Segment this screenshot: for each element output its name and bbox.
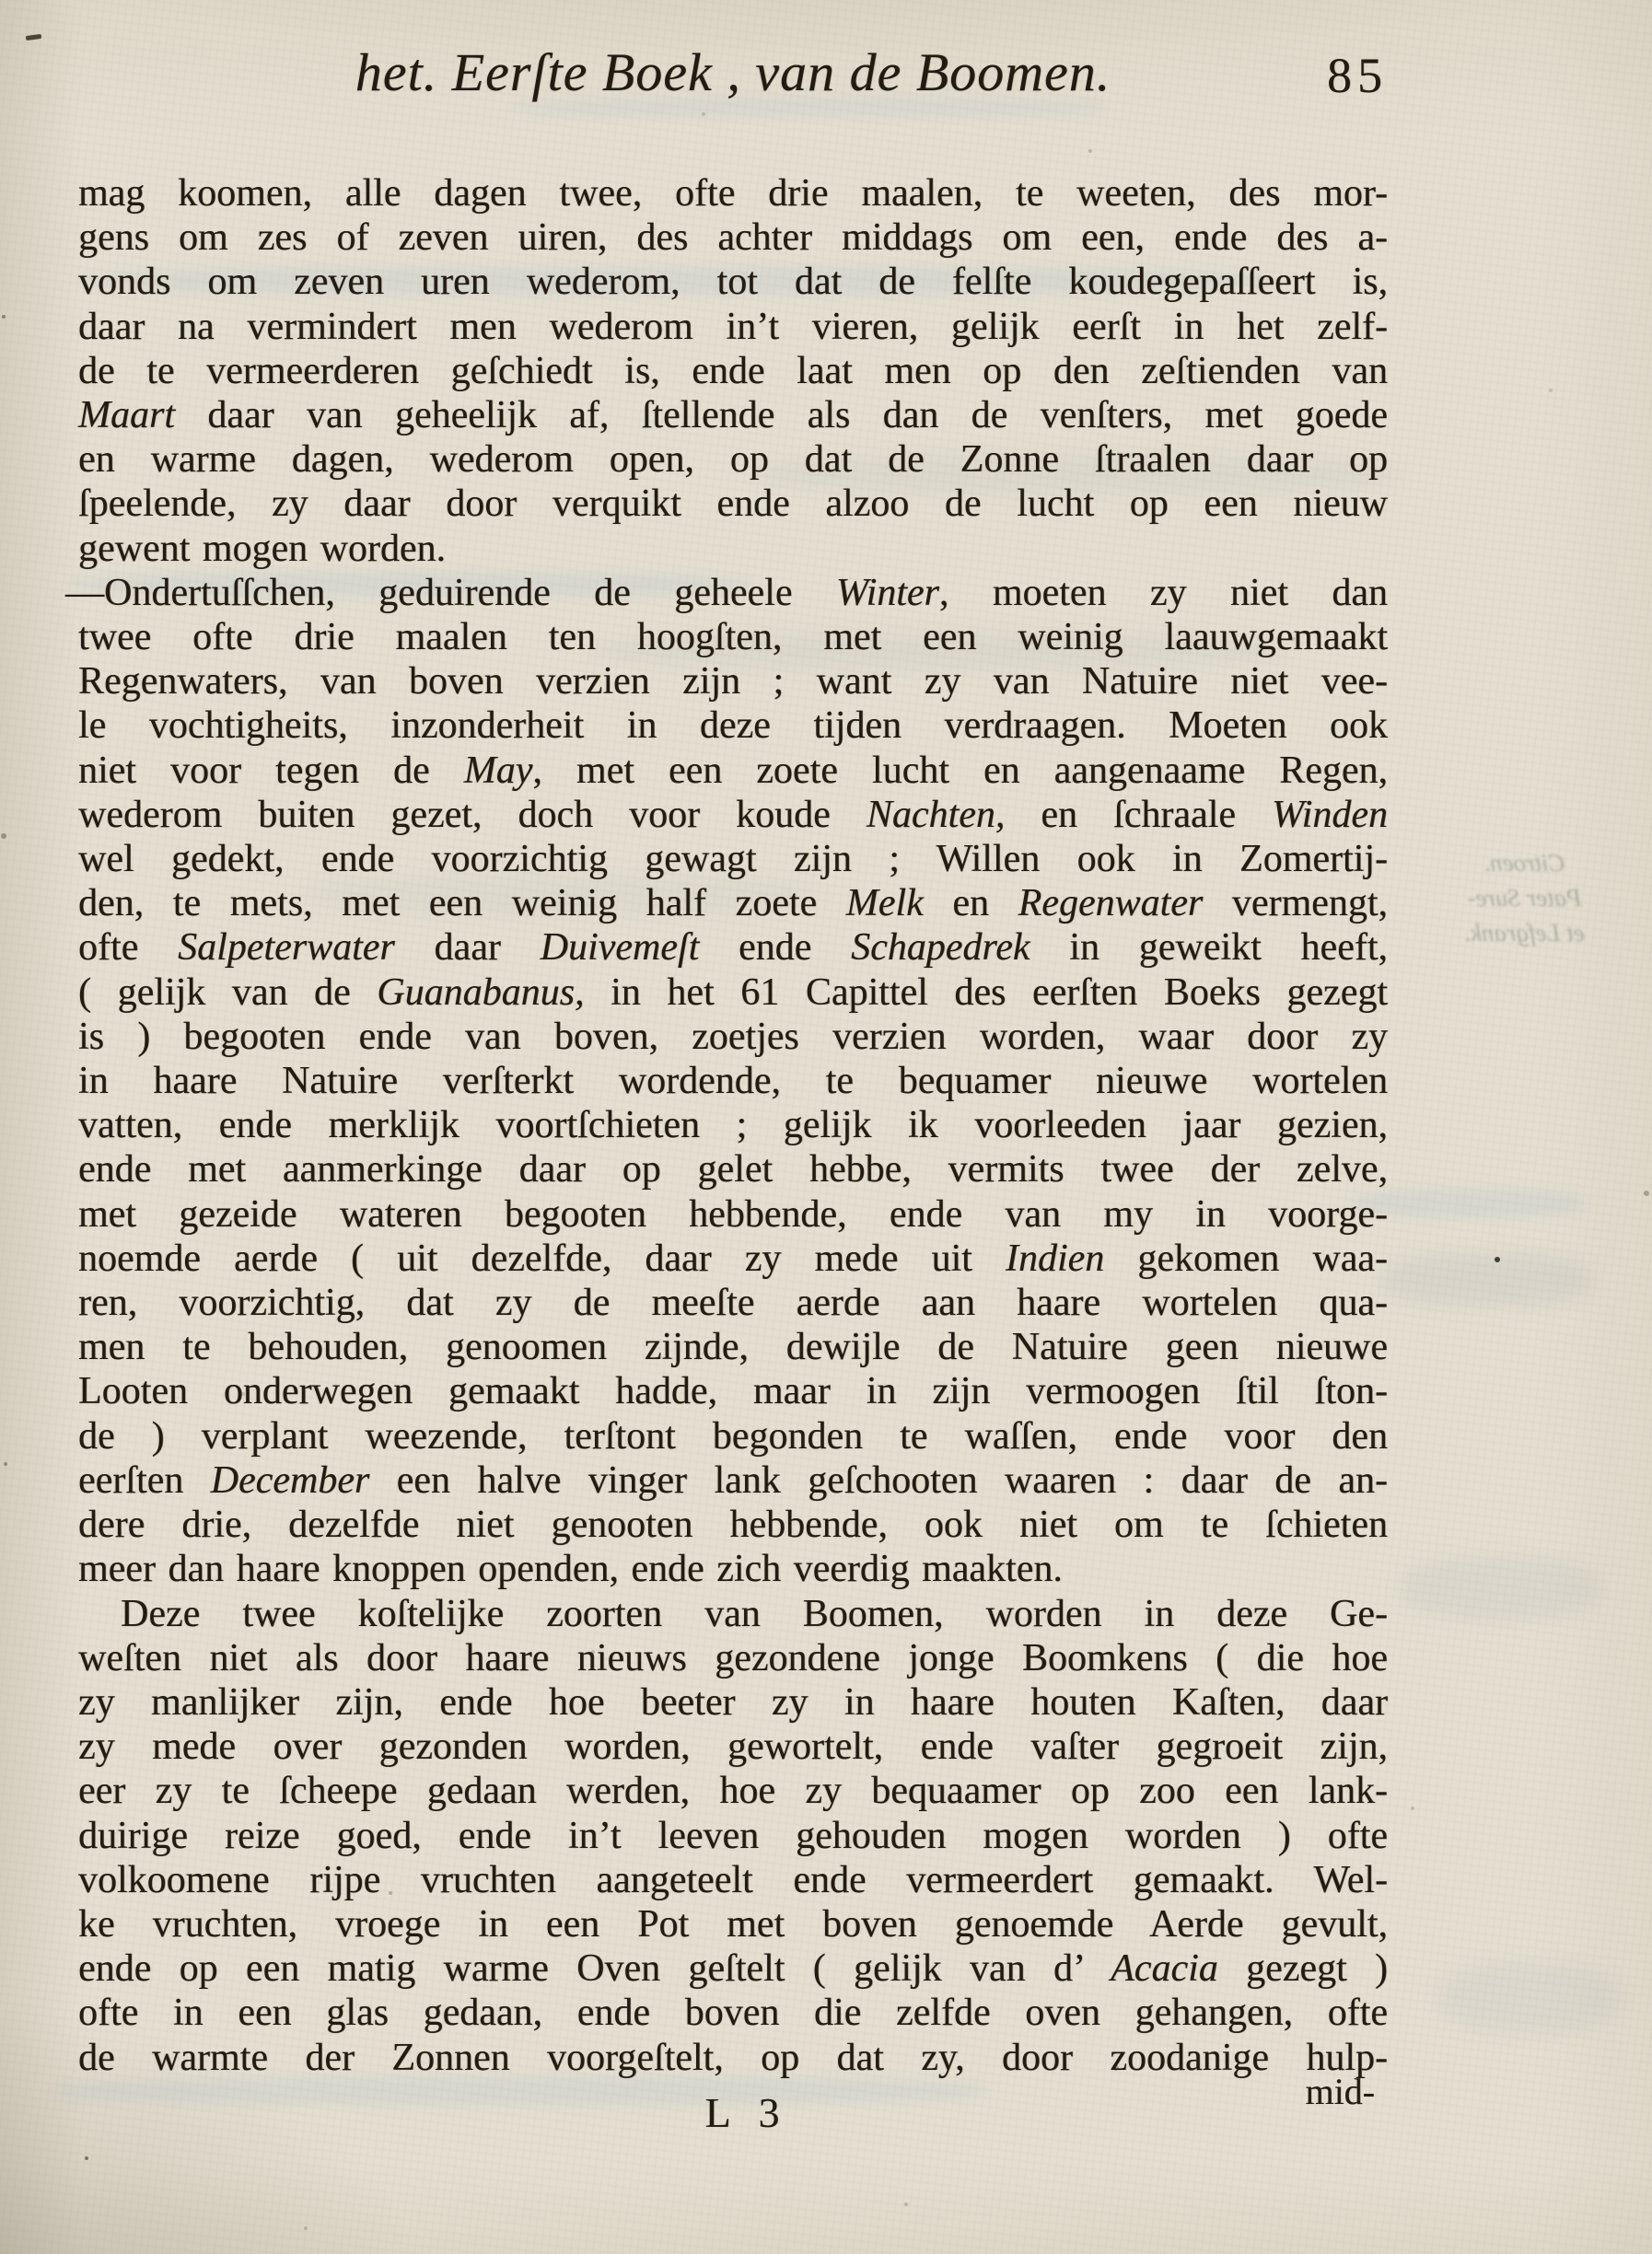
text-segment: vermengt, xyxy=(1203,882,1388,924)
margin-bleedthrough-text: Citroen.Pater Sure-et Lefgrank. xyxy=(1425,845,1623,950)
text-segment: vonds om zeven uren wederom, tot dat de … xyxy=(78,261,1388,303)
text-segment: daar na vermindert men wederom in’t vier… xyxy=(78,306,1388,348)
text-segment: en ſchraale xyxy=(1005,794,1272,836)
book-page-scan: het. Eerſte Boek , van de Boomen. 85 mag… xyxy=(0,0,1652,2254)
text-segment: daar xyxy=(395,926,541,969)
text-segment: weſten niet als door haare nieuws gezond… xyxy=(78,1637,1388,1679)
text-line: ofte in een glas gedaan, ende boven die … xyxy=(78,1991,1388,2035)
running-title: het. Eerſte Boek , van de Boomen. xyxy=(355,42,1111,102)
paper-specks xyxy=(0,0,4,4)
text-segment: met gezeide wateren begooten hebbende, e… xyxy=(78,1193,1388,1236)
italic-word: Winter xyxy=(836,572,939,614)
catchword: mid- xyxy=(1305,2070,1375,2113)
text-segment: de ) verplant weezende, terſtont begonde… xyxy=(78,1415,1388,1458)
text-line: wel gedekt, ende voorzichtig gewagt zijn… xyxy=(78,837,1388,881)
text-line: vatten, ende merklijk voortſchieten ; ge… xyxy=(78,1103,1388,1147)
text-line: noemde aerde ( uit dezelfde, daar zy med… xyxy=(78,1237,1388,1281)
body-text: mag koomen, alle dagen twee, ofte drie m… xyxy=(78,171,1388,2080)
italic-word: Salpeterwater xyxy=(178,926,395,969)
bleedthrough-blob xyxy=(1400,1556,1602,1621)
text-segment: gewent mogen worden. xyxy=(78,528,446,570)
text-segment: een halve vinger lank geſchooten waaren … xyxy=(369,1459,1388,1502)
text-segment: ren, voorzichtig, dat zy de meeſte aerde… xyxy=(78,1282,1388,1324)
italic-word: Nachten, xyxy=(867,794,1005,836)
text-line: zy manlijker zijn, ende hoe beeter zy in… xyxy=(78,1680,1388,1725)
signature-mark: L 3 xyxy=(78,2088,1388,2137)
italic-word: Indien xyxy=(1006,1237,1104,1280)
italic-word: Maart xyxy=(78,394,175,436)
text-line: daar na vermindert men wederom in’t vier… xyxy=(78,305,1388,349)
bleedthrough-line: Citroen. xyxy=(1425,845,1623,880)
text-segment: , met een zoete lucht en aangenaame Rege… xyxy=(532,749,1388,792)
text-line: mag koomen, alle dagen twee, ofte drie m… xyxy=(78,171,1388,215)
text-segment: vatten, ende merklijk voortſchieten ; ge… xyxy=(78,1104,1388,1146)
text-segment: de te vermeerderen geſchiedt is, ende la… xyxy=(78,350,1388,392)
text-segment: —Ondertuſſchen, geduirende de geheele xyxy=(65,572,836,614)
bleedthrough-blob xyxy=(1437,1961,1621,2035)
text-segment: ende met aanmerkinge daar op gelet hebbe… xyxy=(78,1148,1388,1191)
text-segment: meer dan haare knoppen openden, ende zic… xyxy=(78,1548,1063,1590)
text-line: met gezeide wateren begooten hebbende, e… xyxy=(78,1192,1388,1237)
text-segment: mag koomen, alle dagen twee, ofte drie m… xyxy=(78,172,1388,215)
text-line: eerſten December een halve vinger lank g… xyxy=(78,1458,1388,1503)
italic-word: Acacia xyxy=(1111,1947,1218,1990)
text-line: dere drie, dezelfde niet genooten hebben… xyxy=(78,1503,1388,1547)
text-line: gewent mogen worden. xyxy=(78,527,1388,571)
text-segment: wel gedekt, ende voorzichtig gewagt zijn… xyxy=(78,838,1388,880)
italic-word: May xyxy=(464,749,533,792)
text-segment: niet voor tegen de xyxy=(78,749,464,792)
text-segment: Regenwaters, van boven verzien zijn ; wa… xyxy=(78,660,1388,703)
text-line: le vochtigheits, inzonderheit in deze ti… xyxy=(78,703,1388,748)
text-segment: , moeten zy niet dan xyxy=(939,572,1388,614)
text-line: vonds om zeven uren wederom, tot dat de … xyxy=(78,260,1388,304)
text-line: ke vruchten, vroege in een Pot met boven… xyxy=(78,1902,1388,1946)
text-segment: gekomen waa- xyxy=(1104,1237,1388,1280)
text-line: is ) begooten ende van boven, zoetjes ve… xyxy=(78,1015,1388,1059)
text-line: de warmte der Zonnen voorgeſtelt, op dat… xyxy=(78,2036,1388,2080)
text-segment: in haare Natuire verſterkt wordende, te … xyxy=(78,1060,1388,1102)
text-segment: eer zy te ſcheepe gedaan werden, hoe zy … xyxy=(78,1770,1388,1812)
text-segment: Deze twee koſtelijke zoorten van Boomen,… xyxy=(121,1593,1388,1635)
text-segment: twee ofte drie maalen ten hoogſten, met … xyxy=(78,616,1388,658)
text-segment: men te behouden, genoomen zijnde, dewijl… xyxy=(78,1326,1388,1368)
text-segment: de warmte der Zonnen voorgeſtelt, op dat… xyxy=(78,2037,1388,2079)
text-segment: dere drie, dezelfde niet genooten hebben… xyxy=(78,1504,1388,1546)
text-line: ren, voorzichtig, dat zy de meeſte aerde… xyxy=(78,1281,1388,1325)
italic-word: Schapedrek xyxy=(851,926,1030,969)
italic-word: Winden xyxy=(1272,794,1388,836)
italic-word: Duivemeſt xyxy=(541,926,700,969)
bleedthrough-line: et Lefgrank. xyxy=(1425,915,1623,950)
text-line: en warme dagen, wederom open, op dat de … xyxy=(78,437,1388,482)
text-line: twee ofte drie maalen ten hoogſten, met … xyxy=(78,615,1388,659)
text-segment: Looten onderwegen gemaakt hadde, maar in… xyxy=(78,1370,1388,1412)
page-header: het. Eerſte Boek , van de Boomen. xyxy=(78,42,1388,103)
text-line: Regenwaters, van boven verzien zijn ; wa… xyxy=(78,659,1388,703)
text-segment: ende op een matig warme Oven geſtelt ( g… xyxy=(78,1947,1111,1990)
italic-word: Regenwater xyxy=(1018,882,1204,924)
text-line: volkoomene rijpe vruchten aangeteelt end… xyxy=(78,1858,1388,1902)
bleedthrough-blob xyxy=(1381,1252,1593,1307)
text-line: —Ondertuſſchen, geduirende de geheele Wi… xyxy=(78,571,1388,615)
text-segment: ende xyxy=(699,926,851,969)
text-segment: daar van geheelijk af, ſtellende als dan… xyxy=(175,394,1388,436)
text-line: in haare Natuire verſterkt wordende, te … xyxy=(78,1059,1388,1103)
text-segment: en warme dagen, wederom open, op dat de … xyxy=(78,438,1388,481)
text-line: de ) verplant weezende, terſtont begonde… xyxy=(78,1414,1388,1458)
text-line: ( gelijk van de Guanabanus, in het 61 Ca… xyxy=(78,970,1388,1015)
text-line: ende op een matig warme Oven geſtelt ( g… xyxy=(78,1946,1388,1991)
text-line: wederom buiten gezet, doch voor koude Na… xyxy=(78,793,1388,837)
text-line: ſpeelende, zy daar door verquikt ende al… xyxy=(78,482,1388,526)
text-segment: duirige reize goed, ende in’t leeven geh… xyxy=(78,1815,1388,1857)
text-line: den, te mets, met een weinig half zoete … xyxy=(78,881,1388,925)
text-line: de te vermeerderen geſchiedt is, ende la… xyxy=(78,349,1388,393)
text-line: ende met aanmerkinge daar op gelet hebbe… xyxy=(78,1147,1388,1191)
text-segment: zy mede over gezonden worden, gewortelt,… xyxy=(78,1725,1388,1768)
text-segment: den, te mets, met een weinig half zoete xyxy=(78,882,846,924)
text-line: meer dan haare knoppen openden, ende zic… xyxy=(78,1547,1388,1591)
text-segment: ofte in een glas gedaan, ende boven die … xyxy=(78,1992,1388,2034)
text-line: weſten niet als door haare nieuws gezond… xyxy=(78,1636,1388,1680)
text-line: niet voor tegen de May, met een zoete lu… xyxy=(78,749,1388,793)
text-segment: ofte xyxy=(78,926,178,969)
text-line: gens om zes of zeven uiren, des achter m… xyxy=(78,215,1388,260)
text-line: zy mede over gezonden worden, gewortelt,… xyxy=(78,1725,1388,1769)
text-segment: wederom buiten gezet, doch voor koude xyxy=(78,794,867,836)
text-segment: ſpeelende, zy daar door verquikt ende al… xyxy=(78,482,1388,525)
bleedthrough-line: Pater Sure- xyxy=(1425,880,1623,915)
text-line: duirige reize goed, ende in’t leeven geh… xyxy=(78,1814,1388,1858)
text-segment: volkoomene rijpe vruchten aangeteelt end… xyxy=(78,1859,1388,1901)
italic-word: December xyxy=(211,1459,370,1502)
text-segment: en xyxy=(924,882,1018,924)
scan-smudge xyxy=(1354,1190,1584,1217)
text-segment: zy manlijker zijn, ende hoe beeter zy in… xyxy=(78,1681,1388,1724)
ink-mark xyxy=(26,34,42,41)
text-segment: le vochtigheits, inzonderheit in deze ti… xyxy=(78,704,1388,747)
italic-word: Melk xyxy=(846,882,924,924)
text-segment: in geweikt heeft, xyxy=(1030,926,1389,969)
text-line: men te behouden, genoomen zijnde, dewijl… xyxy=(78,1325,1388,1369)
text-segment: eerſten xyxy=(78,1459,211,1502)
text-segment: in het 61 Capittel des eerſten Boeks gez… xyxy=(584,971,1388,1014)
text-line: ofte Salpeterwater daar Duivemeſt ende S… xyxy=(78,925,1388,970)
text-line: eer zy te ſcheepe gedaan werden, hoe zy … xyxy=(78,1769,1388,1813)
text-line: Deze twee koſtelijke zoorten van Boomen,… xyxy=(78,1592,1388,1636)
text-segment: noemde aerde ( uit dezelfde, daar zy med… xyxy=(78,1237,1006,1280)
text-line: Maart daar van geheelijk af, ſtellende a… xyxy=(78,393,1388,437)
text-segment: gezegt ) xyxy=(1218,1947,1388,1990)
text-segment: ( gelijk van de xyxy=(78,971,377,1014)
italic-word: Guanabanus, xyxy=(377,971,584,1014)
text-segment: gens om zes of zeven uiren, des achter m… xyxy=(78,216,1388,259)
text-segment: ke vruchten, vroege in een Pot met boven… xyxy=(78,1903,1388,1946)
text-segment: is ) begooten ende van boven, zoetjes ve… xyxy=(78,1016,1388,1058)
text-line: Looten onderwegen gemaakt hadde, maar in… xyxy=(78,1369,1388,1413)
page-number: 85 xyxy=(1327,48,1388,103)
